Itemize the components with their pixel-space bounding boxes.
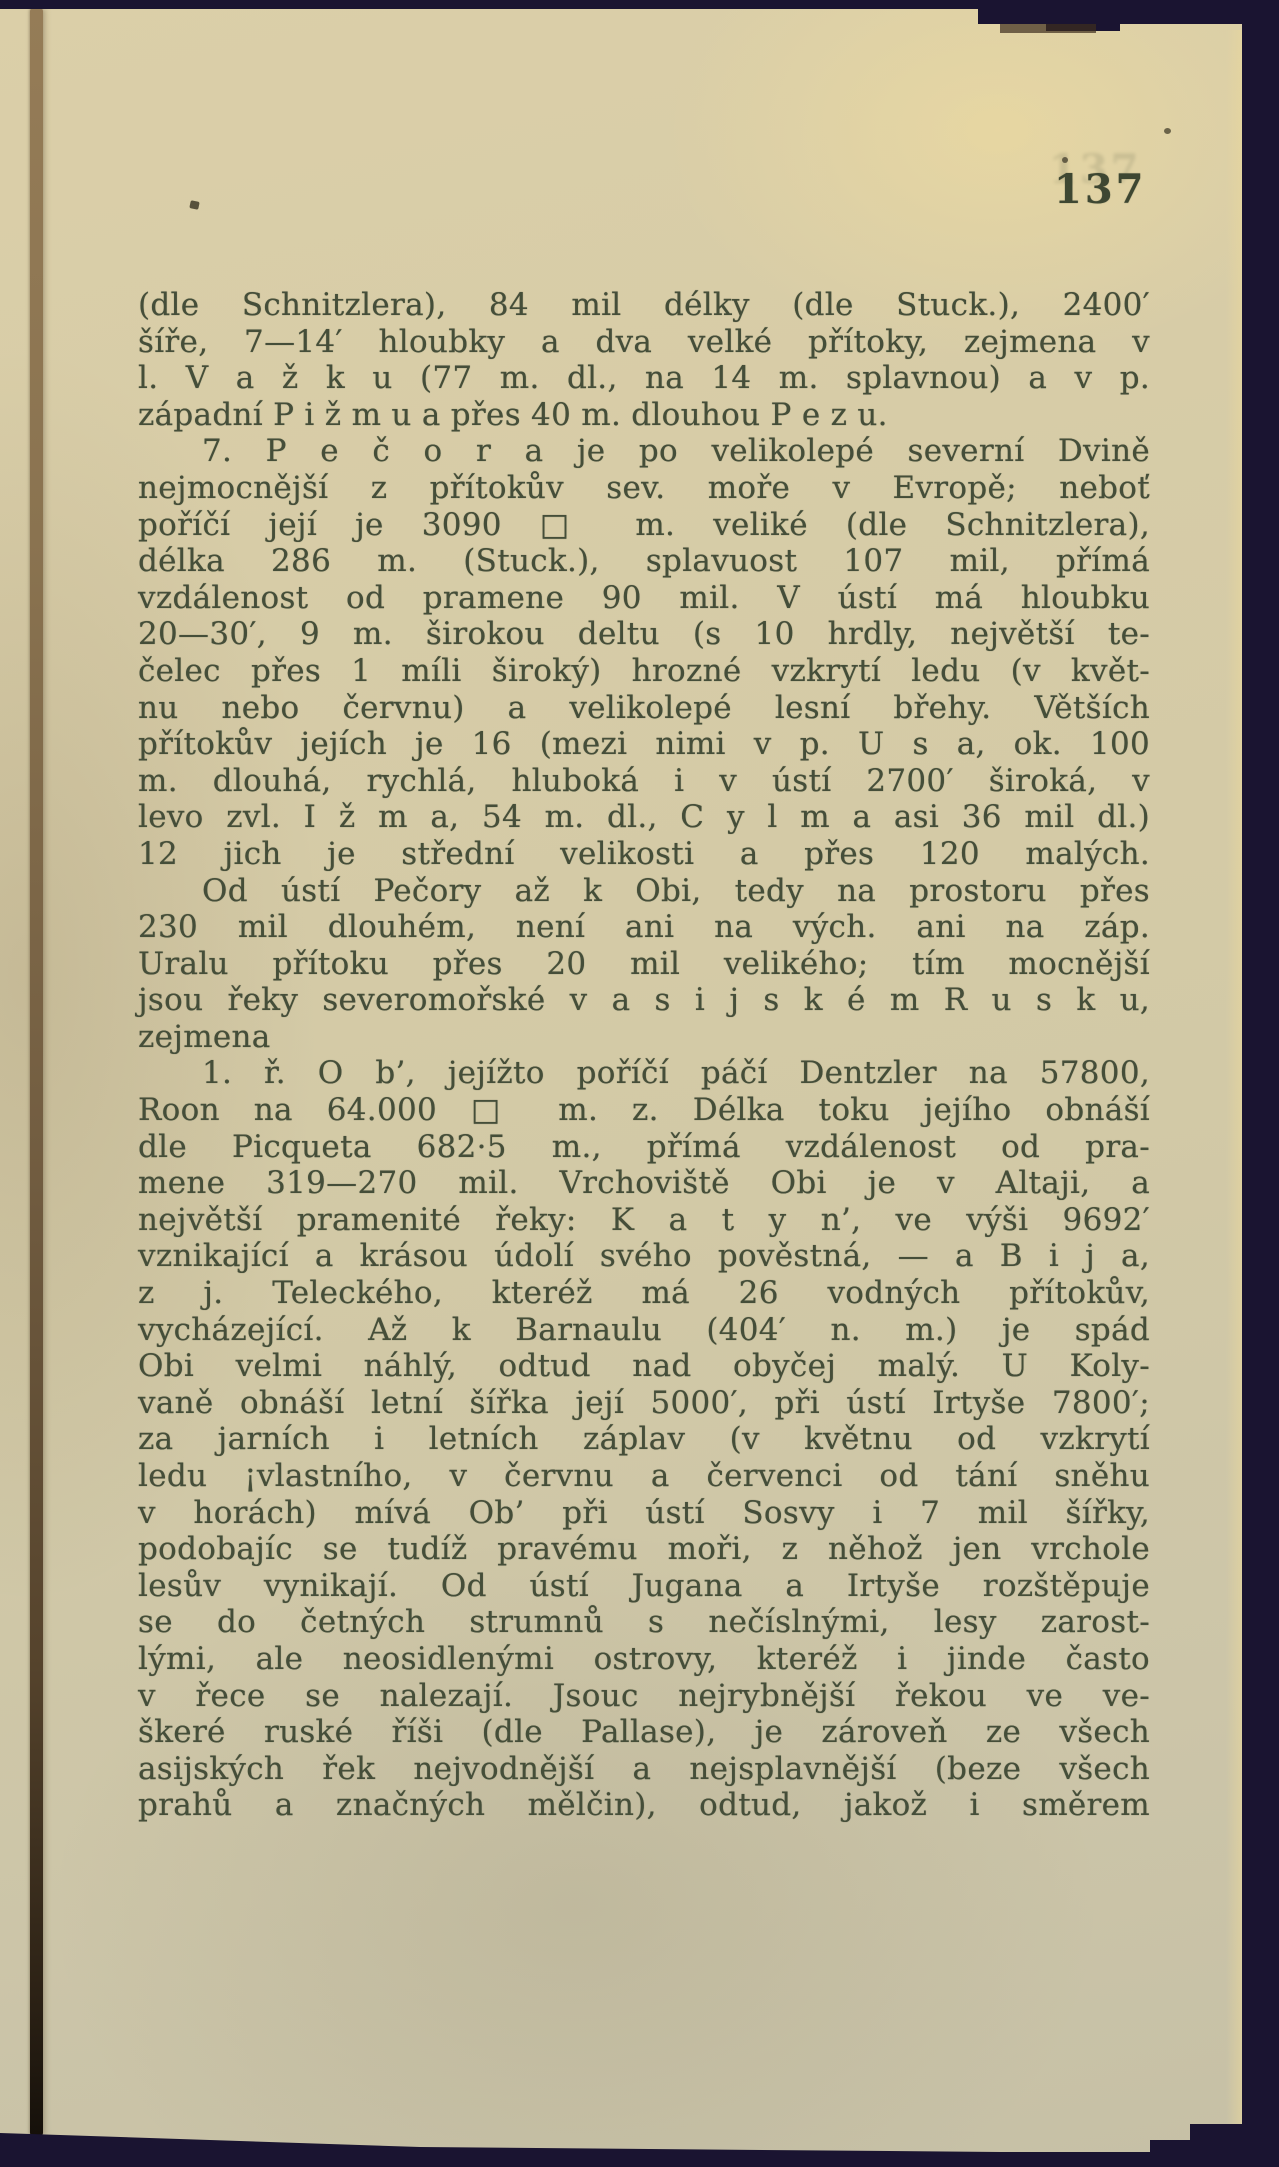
text-line: 1. ř. O b’, jejížto poříčí páčí Dentzler… (138, 1055, 1150, 1092)
text-line: přítokův jejích je 16 (mezi nimi v p. U … (138, 726, 1150, 763)
text-line: Uralu přítoku přes 20 mil velikého; tím … (138, 946, 1150, 983)
text-line: podobajíc se tudíž pravému moři, z něhož… (138, 1531, 1150, 1568)
text-line: 7. P e č o r a je po velikolepé severní … (138, 433, 1150, 470)
text-line: délka 286 m. (Stuck.), splavuost 107 mil… (138, 543, 1150, 580)
text-line: se do četných strumnů s nečíslnými, lesy… (138, 1604, 1150, 1641)
text-line: šíře, 7—14′ hloubky a dva velké přítoky,… (138, 324, 1150, 361)
text-line: lými, ale neosidlenými ostrovy, kteréž i… (138, 1641, 1150, 1678)
text-line: nejmocnější z přítokův sev. moře v Evrop… (138, 470, 1150, 507)
text-line: jsou řeky severomořské v a s i j s k é m… (138, 982, 1150, 1019)
text-line: vycházející. Až k Barnaulu (404′ n. m.) … (138, 1312, 1150, 1349)
text-line: prahů a značných mělčin), odtud, jakož i… (138, 1787, 1150, 1824)
text-line: levo zvl. I ž m a, 54 m. dl., C y l m a … (138, 799, 1150, 836)
text-line: největší pramenité řeky: K a t y n’, ve … (138, 1202, 1150, 1239)
text-line: zejmena (138, 1019, 1150, 1056)
text-line: nu nebo červnu) a velikolepé lesní břehy… (138, 690, 1150, 727)
text-line: z j. Teleckého, kteréž má 26 vodných pří… (138, 1275, 1150, 1312)
text-line: mene 319—270 mil. Vrchoviště Obi je v Al… (138, 1165, 1150, 1202)
text-line: západní P i ž m u a přes 40 m. dlouhou P… (138, 397, 1150, 434)
ink-speck (1164, 128, 1171, 134)
text-line: vaně obnáší letní šířka její 5000′, při … (138, 1385, 1150, 1422)
text-line: dle Picqueta 682·5 m., přímá vzdálenost … (138, 1129, 1150, 1166)
text-line: vznikající a krásou údolí svého pověstná… (138, 1238, 1150, 1275)
text-line: ledu ¡vlastního, v červnu a červenci od … (138, 1458, 1150, 1495)
ink-speck (1062, 157, 1068, 163)
page-number: 137 (1054, 166, 1147, 213)
text-line: asijských řek nejvodnější a nejsplavnějš… (138, 1751, 1150, 1788)
scanned-page: 137 137 (dle Schnitzlera), 84 mil délky … (0, 0, 1279, 2167)
text-line: Roon na 64.000 □ m. z. Délka toku jejího… (138, 1092, 1150, 1129)
text-line: m. dlouhá, rychlá, hluboká i v ústí 2700… (138, 763, 1150, 800)
text-line: Od ústí Pečory až k Obi, tedy na prostor… (138, 873, 1150, 910)
text-line: škeré ruské říši (dle Pallase), je zárov… (138, 1714, 1150, 1751)
text-line: vzdálenost od pramene 90 mil. V ústí má … (138, 580, 1150, 617)
text-line: (dle Schnitzlera), 84 mil délky (dle Stu… (138, 287, 1150, 324)
text-line: za jarních i letních záplav (v květnu od… (138, 1421, 1150, 1458)
page-fold-line (30, 8, 43, 2136)
text-line: Obi velmi náhlý, odtud nad obyčej malý. … (138, 1348, 1150, 1385)
text-line: lesův vynikají. Od ústí Jugana a Irtyše … (138, 1568, 1150, 1605)
text-line: 12 jich je střední velikosti a přes 120 … (138, 836, 1150, 873)
text-line: poříčí její je 3090 □ m. veliké (dle Sch… (138, 507, 1150, 544)
text-line: l. V a ž k u (77 m. dl., na 14 m. splavn… (138, 360, 1150, 397)
text-line: 20—30′, 9 m. širokou deltu (s 10 hrdly, … (138, 616, 1150, 653)
text-line: v řece se nalezají. Jsouc nejrybnější ře… (138, 1678, 1150, 1715)
text-line: čelec přes 1 míli široký) hrozné vzkrytí… (138, 653, 1150, 690)
ink-speck (189, 200, 199, 210)
page-text: (dle Schnitzlera), 84 mil délky (dle Stu… (138, 287, 1150, 1824)
text-line: v horách) mívá Ob’ při ústí Sosvy i 7 mi… (138, 1495, 1150, 1532)
page-edge-highlight (1226, 30, 1242, 2127)
text-line: 230 mil dlouhém, není ani na vých. ani n… (138, 909, 1150, 946)
